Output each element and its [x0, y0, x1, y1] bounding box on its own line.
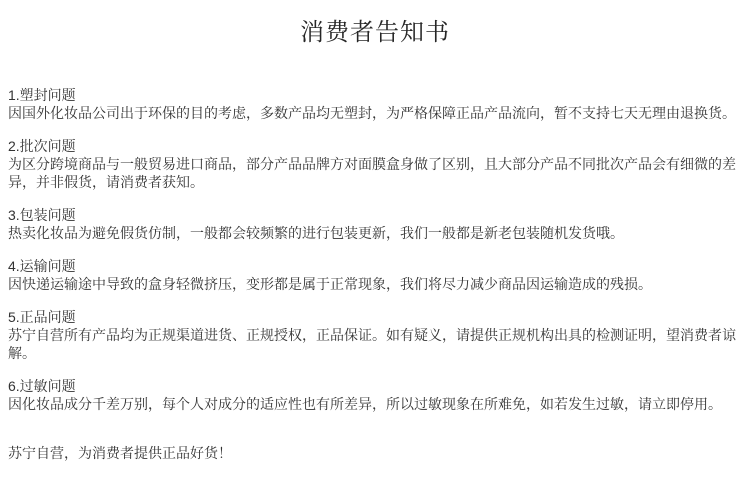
- section-heading: 2.批次问题: [8, 137, 742, 155]
- section-heading: 4.运输问题: [8, 257, 742, 275]
- notice-section-authenticity: 5.正品问题 苏宁自营所有产品均为正规渠道进货、正规授权，正品保证。如有疑义，请…: [8, 308, 742, 362]
- section-heading: 1.塑封问题: [8, 86, 742, 104]
- section-heading: 6.过敏问题: [8, 377, 742, 395]
- section-body: 苏宁自营所有产品均为正规渠道进货、正规授权，正品保证。如有疑义，请提供正规机构出…: [8, 326, 742, 362]
- notice-section-allergy: 6.过敏问题 因化妆品成分千差万别，每个人对成分的适应性也有所差异，所以过敏现象…: [8, 377, 742, 413]
- section-body: 因化妆品成分千差万别，每个人对成分的适应性也有所差异，所以过敏现象在所难免，如若…: [8, 395, 742, 413]
- notice-section-sealing: 1.塑封问题 因国外化妆品公司出于环保的目的考虑，多数产品均无塑封，为严格保障正…: [8, 86, 742, 122]
- notice-section-packaging: 3.包装问题 热卖化妆品为避免假货仿制，一般都会较频繁的进行包装更新，我们一般都…: [8, 206, 742, 242]
- section-heading: 3.包装问题: [8, 206, 742, 224]
- footer-note: 苏宁自营，为消费者提供正品好货！: [8, 444, 742, 462]
- section-heading: 5.正品问题: [8, 308, 742, 326]
- notice-section-batch: 2.批次问题 为区分跨境商品与一般贸易进口商品，部分产品品牌方对面膜盒身做了区别…: [8, 137, 742, 191]
- consumer-notice-page: 消费者告知书 1.塑封问题 因国外化妆品公司出于环保的目的考虑，多数产品均无塑封…: [0, 0, 750, 500]
- page-title: 消费者告知书: [8, 18, 742, 48]
- section-body: 因国外化妆品公司出于环保的目的考虑，多数产品均无塑封，为严格保障正品产品流向，暂…: [8, 104, 742, 122]
- section-body: 为区分跨境商品与一般贸易进口商品，部分产品品牌方对面膜盒身做了区别，且大部分产品…: [8, 155, 742, 191]
- notice-section-shipping: 4.运输问题 因快递运输途中导致的盒身轻微挤压，变形都是属于正常现象，我们将尽力…: [8, 257, 742, 293]
- section-body: 热卖化妆品为避免假货仿制，一般都会较频繁的进行包装更新，我们一般都是新老包装随机…: [8, 224, 742, 242]
- section-body: 因快递运输途中导致的盒身轻微挤压，变形都是属于正常现象，我们将尽力减少商品因运输…: [8, 275, 742, 293]
